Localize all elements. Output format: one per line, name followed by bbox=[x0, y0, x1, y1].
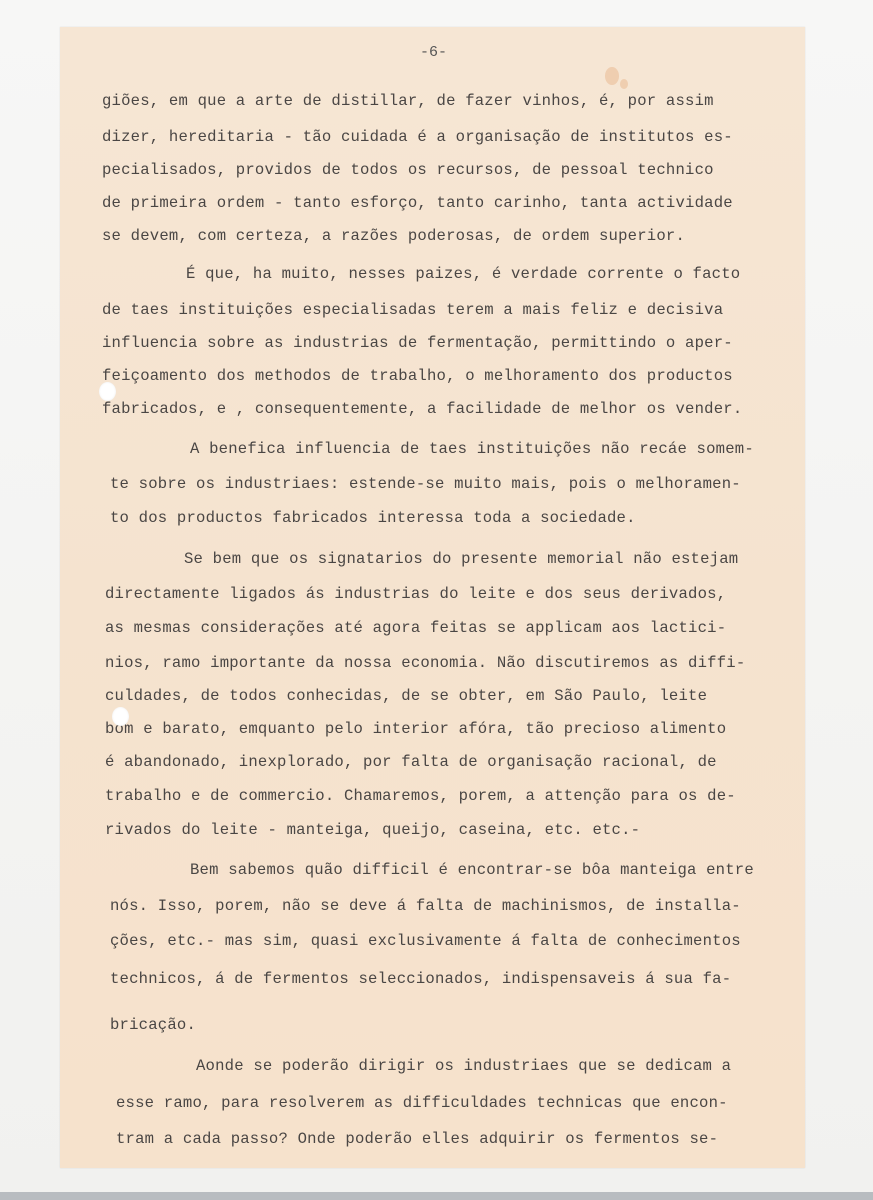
text-line: bricação. bbox=[110, 1016, 196, 1034]
text-line: é abandonado, inexplorado, por falta de … bbox=[105, 753, 717, 771]
text-line: technicos, á de fermentos seleccionados,… bbox=[110, 970, 731, 988]
text-line: culdades, de todos conhecidas, de se obt… bbox=[105, 687, 707, 705]
text-line: Se bem que os signatarios do presente me… bbox=[184, 550, 738, 568]
text-line: giões, em que a arte de distillar, de fa… bbox=[102, 92, 714, 110]
punch-hole bbox=[112, 707, 129, 726]
punch-hole bbox=[99, 382, 116, 401]
text-line: as mesmas considerações até agora feitas… bbox=[105, 619, 726, 637]
text-line: Bem sabemos quão difficil é encontrar-se… bbox=[190, 861, 754, 879]
text-line: fabricados, e , consequentemente, a faci… bbox=[102, 400, 742, 418]
text-line: pecialisados, providos de todos os recur… bbox=[102, 161, 714, 179]
text-line: esse ramo, para resolverem as difficulda… bbox=[116, 1094, 728, 1112]
text-line: directamente ligados ás industrias do le… bbox=[105, 585, 726, 603]
text-line: Aonde se poderão dirigir os industriaes … bbox=[196, 1057, 731, 1075]
text-line: A benefica influencia de taes instituiçõ… bbox=[190, 440, 754, 458]
text-line: feiçoamento dos methodos de trabalho, o … bbox=[102, 367, 733, 385]
text-line: influencia sobre as industrias de fermen… bbox=[102, 334, 733, 352]
text-line: É que, ha muito, nesses paizes, é verdad… bbox=[186, 265, 740, 283]
text-line: de taes instituições especialisadas tere… bbox=[102, 301, 723, 319]
text-line: se devem, com certeza, a razões poderosa… bbox=[102, 227, 685, 245]
text-line: trabalho e de commercio. Chamaremos, por… bbox=[105, 787, 736, 805]
text-line: ções, etc.- mas sim, quasi exclusivament… bbox=[110, 932, 741, 950]
paper-stain bbox=[605, 67, 619, 85]
text-line: dizer, hereditaria - tão cuidada é a org… bbox=[102, 128, 733, 146]
paper-stain bbox=[620, 79, 628, 89]
text-line: de primeira ordem - tanto esforço, tanto… bbox=[102, 194, 733, 212]
text-line: to dos productos fabricados interessa to… bbox=[110, 509, 636, 527]
page-number: -6- bbox=[420, 44, 447, 61]
text-line: bom e barato, emquanto pelo interior afó… bbox=[105, 720, 726, 738]
typewritten-page: -6- giões, em que a arte de distillar, d… bbox=[60, 27, 805, 1168]
text-line: te sobre os industriaes: estende-se muit… bbox=[110, 475, 741, 493]
text-line: rivados do leite - manteiga, queijo, cas… bbox=[105, 821, 640, 839]
text-line: nios, ramo importante da nossa economia.… bbox=[105, 654, 745, 672]
scanner-edge bbox=[0, 1192, 873, 1200]
text-line: tram a cada passo? Onde poderão elles ad… bbox=[116, 1130, 718, 1148]
text-line: nós. Isso, porem, não se deve á falta de… bbox=[110, 897, 741, 915]
